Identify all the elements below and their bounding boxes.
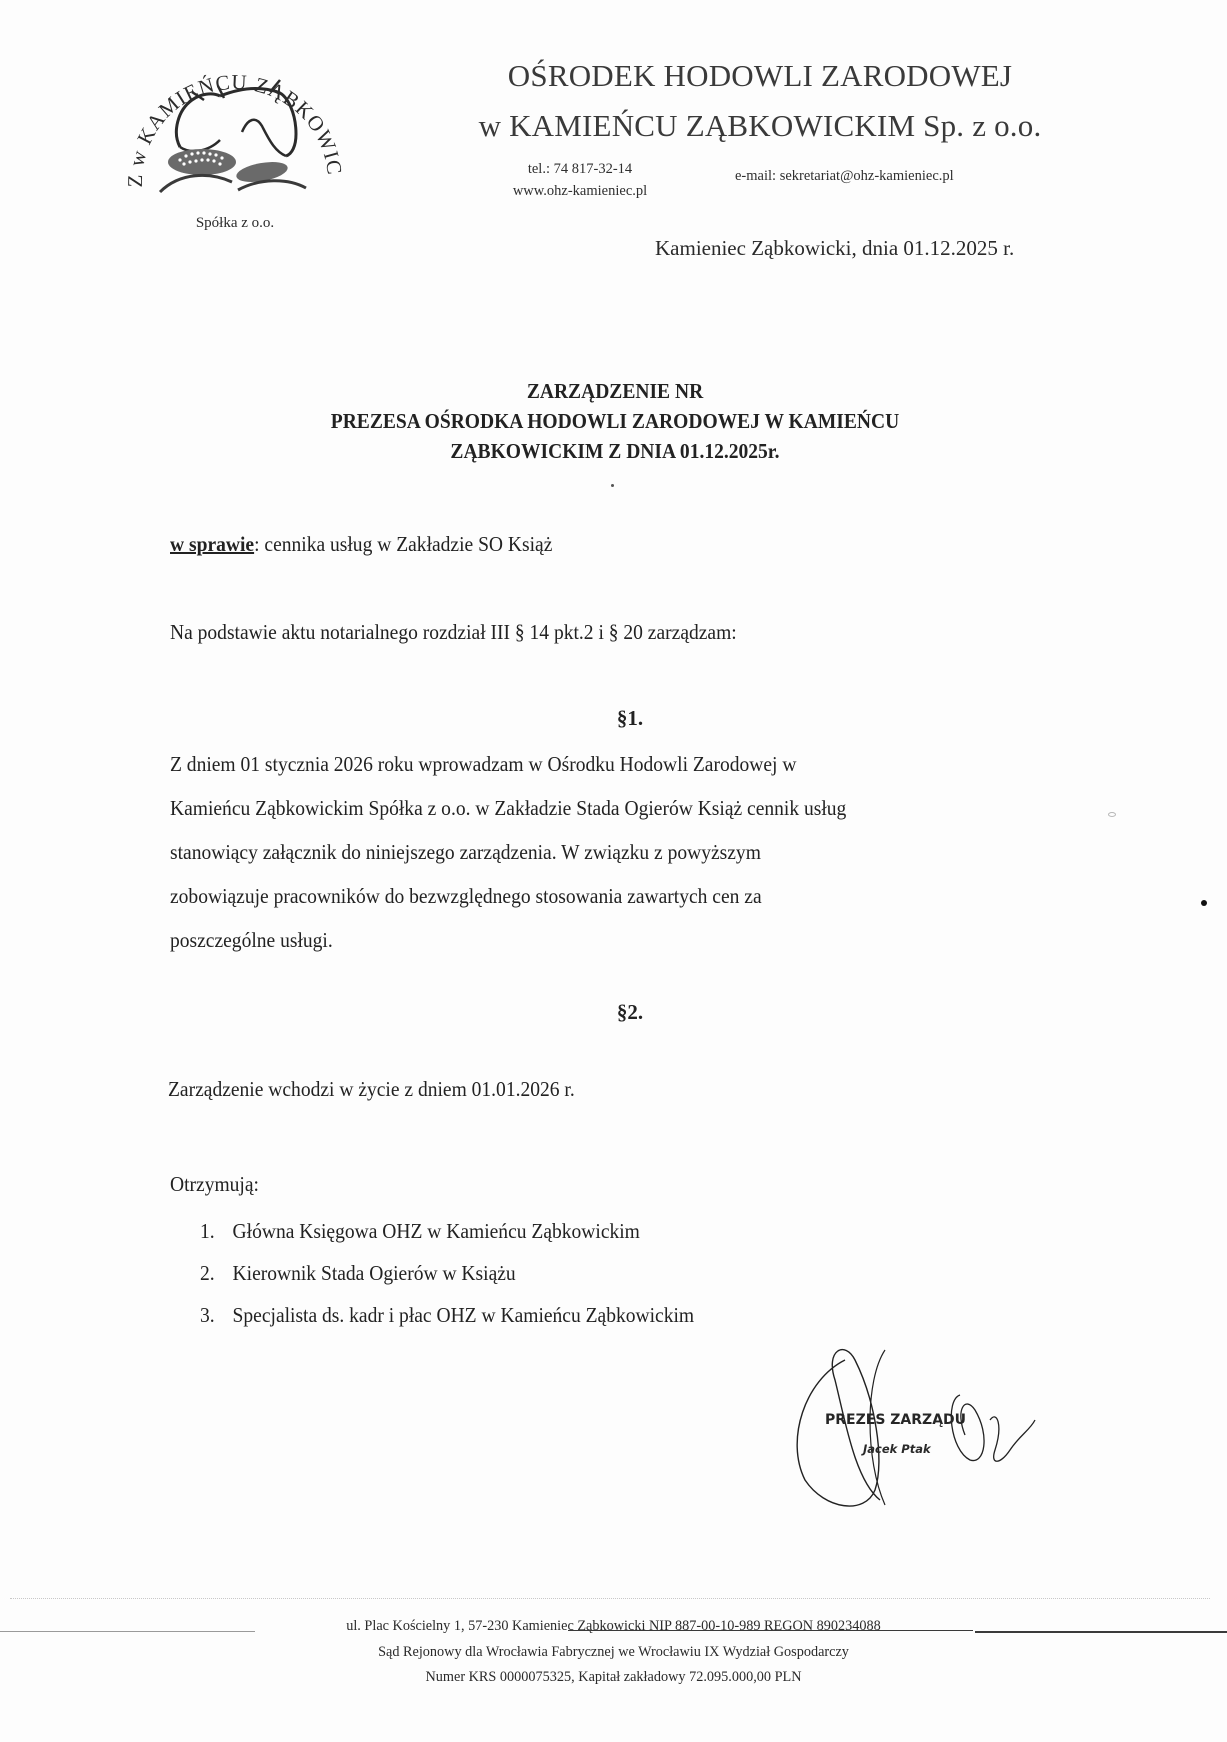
section-1-heading: §1. xyxy=(580,706,680,731)
section-1-line: stanowiący załącznik do niniejszego zarz… xyxy=(170,830,961,874)
horse-and-cow-emblem-icon: OHZ w KAMIEŃCU ZĄBKOWICKIM xyxy=(120,22,350,217)
recipients-list: 1. Główna Księgowa OHZ w Kamieńcu Ząbkow… xyxy=(200,1210,694,1336)
section-1-line: zobowiązuje pracowników do bezwzględnego… xyxy=(170,874,961,918)
title-line1: ZARZĄDZENIE NR xyxy=(257,376,973,406)
recipient-number: 3. xyxy=(200,1294,233,1336)
recipient-item: 3. Specjalista ds. kadr i płac OHZ w Kam… xyxy=(200,1294,694,1336)
subject-label: w sprawie xyxy=(170,532,254,556)
stamp-name: Jacek Ptak xyxy=(863,1442,931,1456)
title-line3: ZĄBKOWICKIM Z DNIA 01.12.2025r. xyxy=(257,436,973,466)
signature-stamp: PREZES ZARZĄDU Jacek Ptak xyxy=(785,1340,1085,1515)
scan-speck xyxy=(611,484,614,487)
recipient-item: 1. Główna Księgowa OHZ w Kamieńcu Ząbkow… xyxy=(200,1210,694,1252)
title-line2: PREZESA OŚRODKA HODOWLI ZARODOWEJ W KAMI… xyxy=(257,406,973,436)
recipient-text: Specjalista ds. kadr i płac OHZ w Kamień… xyxy=(233,1294,695,1336)
contact-block: tel.: 74 817-32-14 www.ohz-kamieniec.pl xyxy=(470,158,690,202)
subject-text: : cennika usług w Zakładzie SO Książ xyxy=(254,532,552,556)
section-1-line: Z dniem 01 stycznia 2026 roku wprowadzam… xyxy=(170,742,961,786)
recipient-number: 2. xyxy=(200,1252,233,1294)
phone-number: tel.: 74 817-32-14 xyxy=(470,158,690,180)
email-address[interactable]: e-mail: sekretariat@ohz-kamieniec.pl xyxy=(735,168,954,185)
footer-strike-line xyxy=(568,1630,973,1631)
website-link[interactable]: www.ohz-kamieniec.pl xyxy=(470,180,690,202)
footer-divider xyxy=(10,1598,1210,1599)
recipient-number: 1. xyxy=(200,1210,233,1252)
section-1-line: Kamieńcu Ząbkowickim Spółka z o.o. w Zak… xyxy=(170,786,961,830)
stamp-title: PREZES ZARZĄDU xyxy=(825,1412,966,1428)
footer-address: ul. Plac Kościelny 1, 57-230 Kamieniec Z… xyxy=(221,1618,1007,1635)
section-1-body: Z dniem 01 stycznia 2026 roku wprowadzam… xyxy=(170,742,961,962)
section-1-line: poszczególne usługi. xyxy=(170,918,961,962)
subject-line: w sprawie: cennika usług w Zakładzie SO … xyxy=(170,532,552,557)
scan-speck xyxy=(1108,812,1116,817)
recipient-item: 2. Kierownik Stada Ogierów w Książu xyxy=(200,1252,694,1294)
recipient-text: Główna Księgowa OHZ w Kamieńcu Ząbkowick… xyxy=(233,1210,640,1252)
recipient-text: Kierownik Stada Ogierów w Książu xyxy=(233,1252,516,1294)
document-page: OHZ w KAMIEŃCU ZĄBKOWICKIM Spółka xyxy=(0,0,1227,1742)
document-title: ZARZĄDZENIE NR PREZESA OŚRODKA HODOWLI Z… xyxy=(257,376,973,466)
recipients-label: Otrzymują: xyxy=(170,1172,259,1197)
section-2-heading: §2. xyxy=(580,1000,680,1025)
section-2-body: Zarządzenie wchodzi w życie z dniem 01.0… xyxy=(168,1077,575,1102)
footer-rule xyxy=(0,1631,255,1632)
company-name-line2: w KAMIEŃCU ZĄBKOWICKIM Sp. z o.o. xyxy=(440,108,1080,144)
logo-caption: Spółka z o.o. xyxy=(120,215,350,232)
scan-speck xyxy=(1201,900,1207,906)
legal-basis: Na podstawie aktu notarialnego rozdział … xyxy=(170,620,737,645)
company-logo: OHZ w KAMIEŃCU ZĄBKOWICKIM Spółka xyxy=(120,22,350,237)
company-name-line1: OŚRODEK HODOWLI ZARODOWEJ xyxy=(440,58,1080,94)
footer-court-registry: Sąd Rejonowy dla Wrocławia Fabrycznej we… xyxy=(221,1644,1007,1661)
footer-krs-capital: Numer KRS 0000075325, Kapitał zakładowy … xyxy=(221,1669,1007,1686)
place-and-date: Kamieniec Ząbkowicki, dnia 01.12.2025 r. xyxy=(655,236,1014,261)
footer-rule xyxy=(975,1631,1227,1633)
